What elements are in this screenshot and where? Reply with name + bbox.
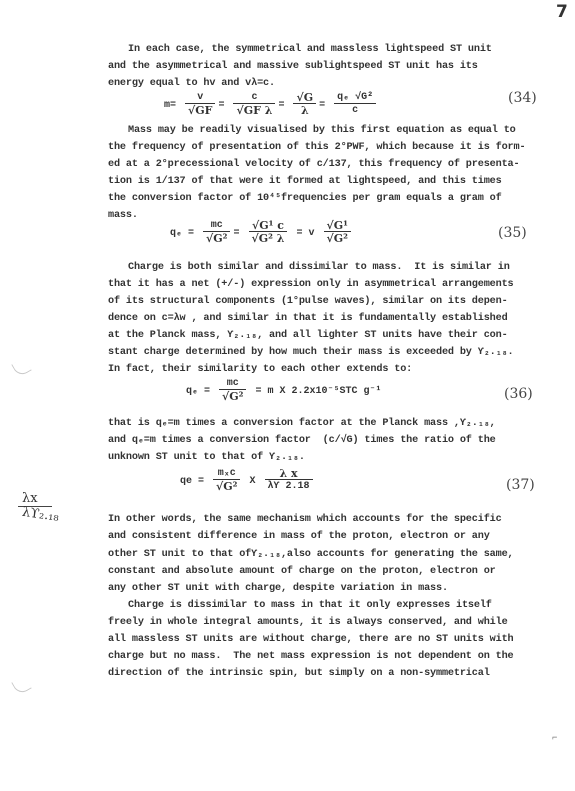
eq-den: √GF	[185, 104, 215, 117]
text-line: tion is 1/137 of that were it formed at …	[108, 176, 502, 187]
eq-num: √G¹	[324, 220, 351, 232]
eq-den: λ	[293, 104, 316, 117]
eq-text: X	[250, 476, 256, 487]
text-line: of its structural components (1°pulse wa…	[108, 296, 508, 307]
text-line: In each case, the symmetrical and massle…	[128, 44, 492, 55]
eq-num: mc	[219, 378, 246, 390]
text-line: and the asymmetrical and massive subligh…	[108, 61, 478, 72]
text-line: Charge is both similar and dissimilar to…	[128, 262, 510, 273]
equation-34: m= v√GF= c√GF λ= √Gλ= qₑ √G²c	[164, 92, 379, 117]
text-line: other ST unit to that ofϒ₂.₁₈,also accou…	[108, 549, 514, 560]
eq-num: λ x	[265, 468, 313, 480]
eq-num: qₑ √G²	[334, 92, 376, 104]
text-line: all massless ST units are without charge…	[108, 634, 514, 645]
text-line: at the Planck mass, ϒ₂.₁₈, and all light…	[108, 330, 508, 341]
text-line: direction of the intrinsic spin, but sim…	[108, 668, 490, 679]
text-line: constant and absolute amount of charge o…	[108, 566, 496, 577]
text-line: that is qₑ=m times a conversion factor a…	[108, 418, 496, 429]
text-line: unknown ST unit to that of ϒ₂.₁₈.	[108, 452, 305, 463]
equation-number: (37)	[506, 477, 535, 493]
text-line: freely in whole integral amounts, it is …	[108, 617, 508, 628]
equation-number: (34)	[508, 90, 537, 106]
page-number: 7	[556, 2, 568, 22]
eq-den: √GF λ	[233, 104, 275, 117]
eq-den: √G²	[219, 390, 246, 403]
handwritten-margin-note: λx λϒ₂.₁₈	[18, 491, 59, 522]
eq-num: v	[185, 92, 215, 104]
eq-num: c	[233, 92, 275, 104]
eq-den: λϒ 2.18	[265, 480, 313, 493]
text-line: ed at a 2°precessional velocity of c/137…	[108, 159, 519, 170]
punch-hole-mark	[11, 675, 31, 695]
text-line: Charge is dissimilar to mass in that it …	[128, 600, 492, 611]
scan-mark: ⌐	[552, 733, 557, 743]
text-line: stant charge determined by how much thei…	[108, 347, 514, 358]
eq-lhs: qₑ =	[186, 386, 210, 397]
eq-den: √G²	[324, 232, 351, 245]
equation-37: qe = mₓc√G² X λ xλϒ 2.18	[180, 468, 316, 493]
text-line: any other ST unit with charge, despite v…	[108, 583, 448, 594]
equation-number: (36)	[504, 386, 533, 402]
text-line: energy equal to hv and vλ=c.	[108, 78, 275, 89]
eq-text: = v	[297, 228, 315, 239]
text-line: the conversion factor of 10⁴⁵frequencies…	[108, 193, 502, 204]
text-line: and consistent difference in mass of the…	[108, 531, 490, 542]
eq-num: √G	[293, 92, 316, 104]
equation-36: qₑ = mc√G² = m X 2.2x10⁻⁵STC g⁻¹	[186, 378, 382, 403]
equation-35: qₑ = mc√G²= √G¹ c√G² λ = v √G¹√G²	[170, 220, 354, 245]
equation-number: (35)	[498, 225, 527, 241]
eq-lhs: m=	[164, 100, 176, 111]
eq-num: mₓc	[213, 468, 240, 480]
eq-den: √G² λ	[249, 232, 288, 245]
eq-lhs: qₑ =	[170, 228, 194, 239]
text-line: that it has a net (+/-) expression only …	[108, 279, 514, 290]
text-line: the frequency of presentation of this 2°…	[108, 142, 525, 153]
eq-den: √G²	[213, 480, 240, 493]
eq-text: = m X 2.2x10⁻⁵STC g⁻¹	[256, 386, 382, 397]
eq-den: √G²	[203, 232, 230, 245]
text-line: In other words, the same mechanism which…	[108, 514, 502, 525]
text-line: charge but no mass. The net mass express…	[108, 651, 514, 662]
eq-num: mc	[203, 220, 230, 232]
eq-num: √G¹ c	[249, 220, 288, 232]
text-line: dence on c=λw , and similar in that it i…	[108, 313, 508, 324]
eq-den: c	[334, 104, 376, 117]
margin-note-denominator: λϒ₂.₁₈	[17, 504, 60, 525]
punch-hole-mark	[11, 357, 31, 377]
text-line: mass.	[108, 210, 138, 221]
eq-lhs: qe =	[180, 476, 204, 487]
text-line: In fact, their similarity to each other …	[108, 364, 412, 375]
text-line: Mass may be readily visualised by this f…	[128, 125, 516, 136]
text-line: and qₑ=m times a conversion factor (c/√G…	[108, 435, 496, 446]
